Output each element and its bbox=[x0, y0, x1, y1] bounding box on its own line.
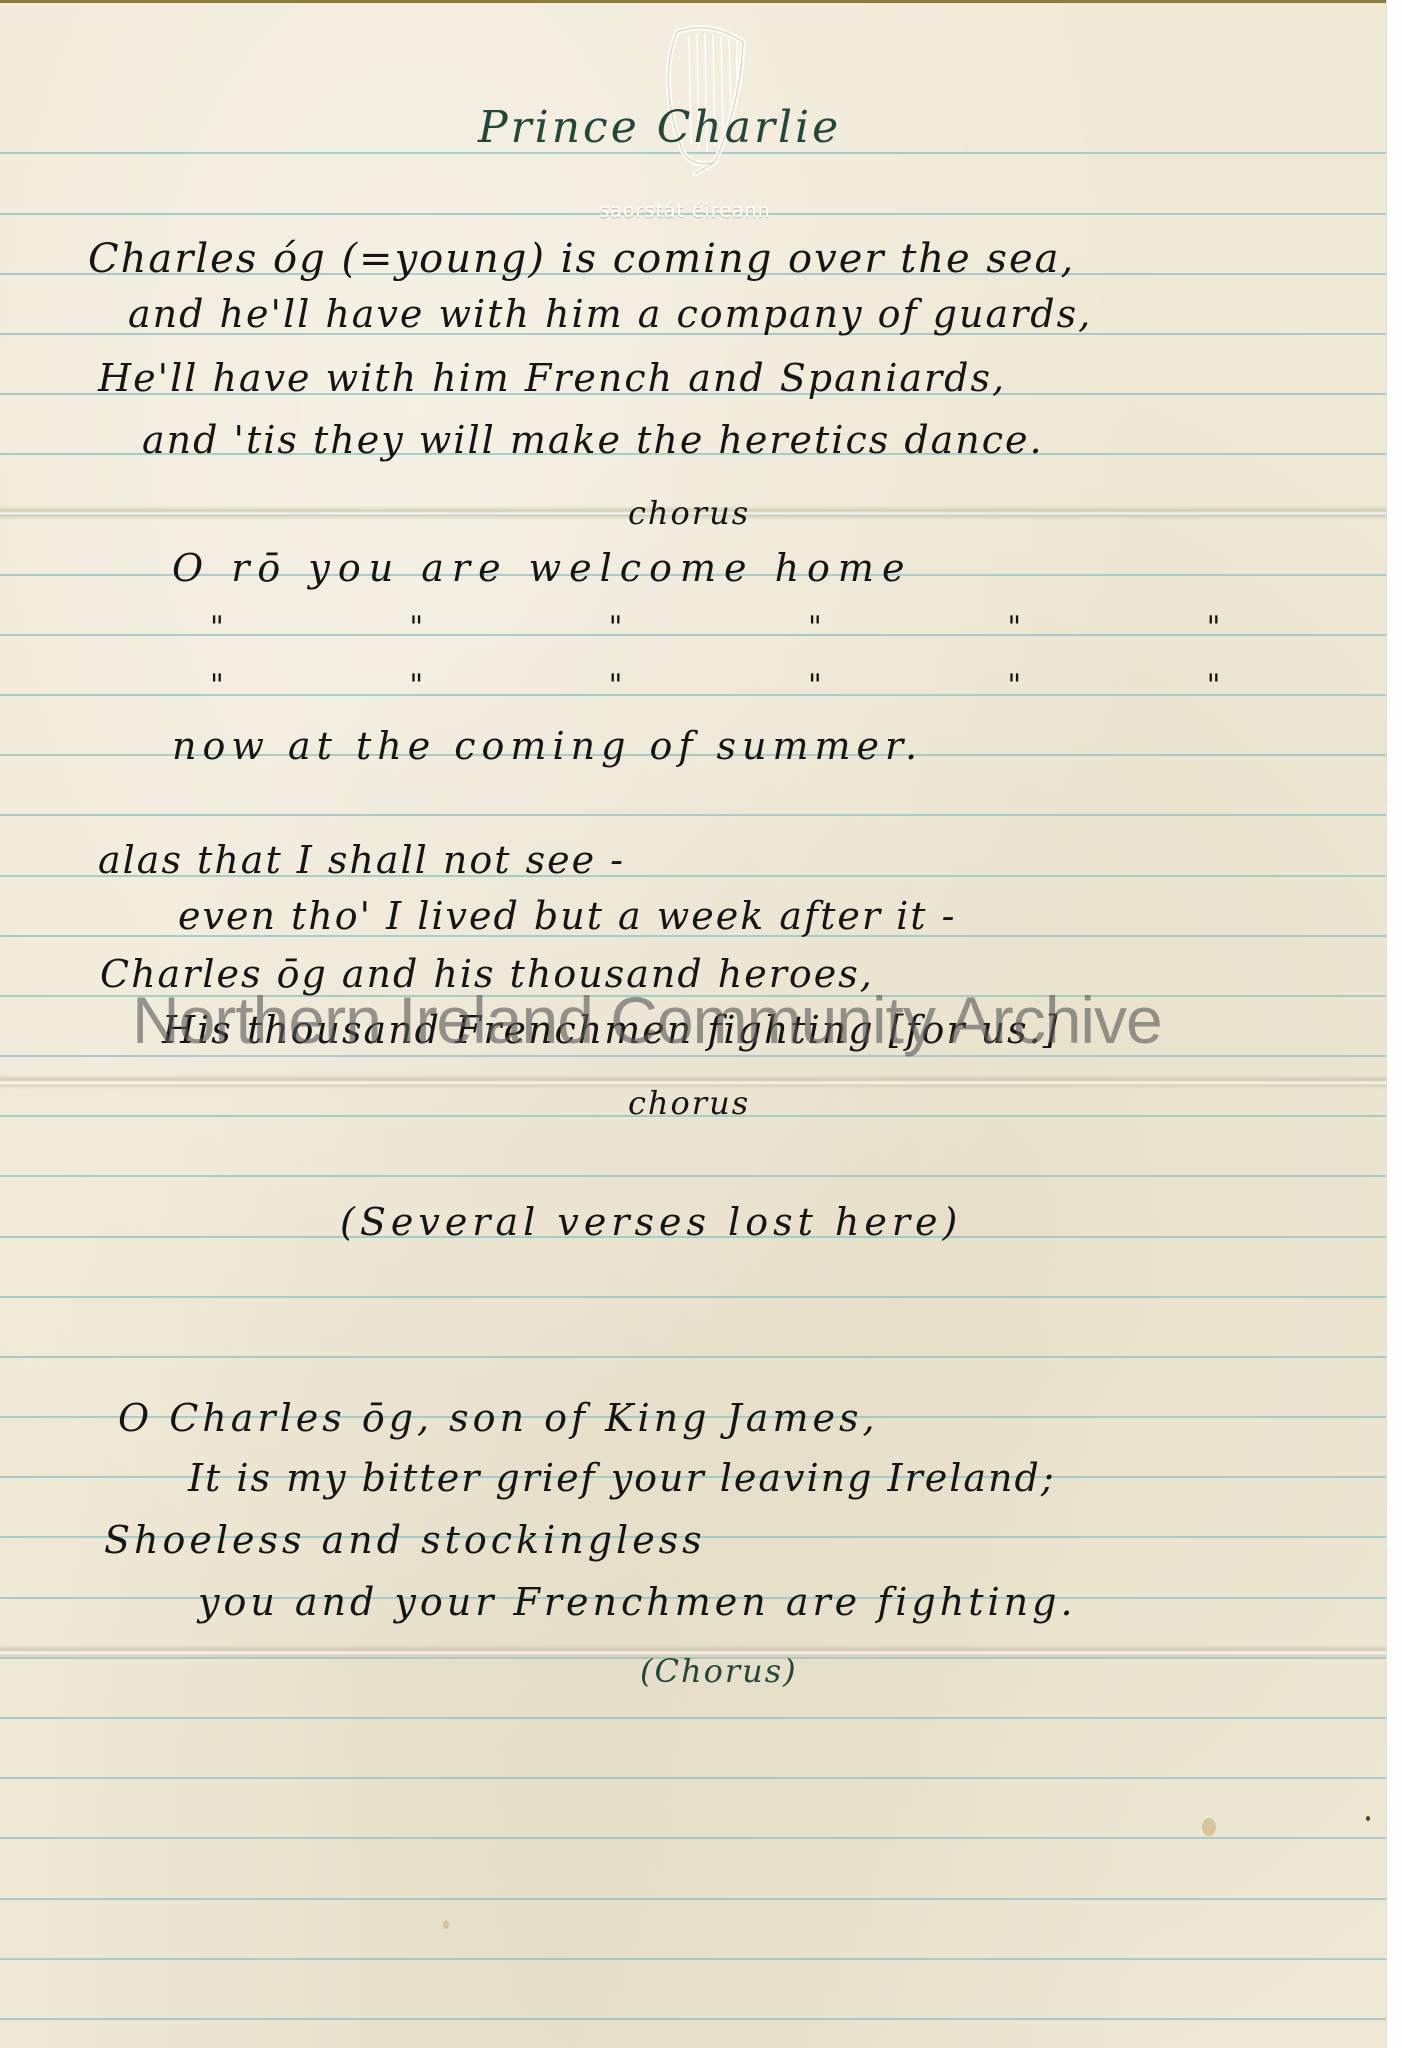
stanza3-line4: you and your Frenchmen are fighting. bbox=[198, 1580, 1077, 1624]
stanza3-line1: O Charles ōg, son of King James, bbox=[118, 1396, 879, 1440]
chorus-line4: now at the coming of summer. bbox=[172, 724, 923, 768]
stanza3-chorus-label: (Chorus) bbox=[640, 1652, 798, 1690]
archive-watermark: Northern Ireland Community Archive bbox=[132, 982, 1162, 1058]
chorus-ditto-line2: " " " " " " bbox=[210, 668, 1308, 703]
stanza1-line4: and 'tis they will make the heretics dan… bbox=[142, 418, 1044, 462]
stanza1-line3: He'll have with him French and Spaniards… bbox=[98, 356, 1006, 400]
stanza2-line1: alas that I shall not see - bbox=[98, 838, 625, 882]
letterhead-text: saorstát éireann bbox=[540, 200, 830, 222]
lost-verses-note: (Several verses lost here) bbox=[340, 1200, 962, 1244]
stanza1-line2: and he'll have with him a company of gua… bbox=[128, 292, 1092, 336]
stanza2-chorus-label: chorus bbox=[628, 1084, 750, 1122]
paper-top-edge bbox=[0, 0, 1386, 3]
chorus-ditto-line1: " " " " " " bbox=[210, 610, 1308, 645]
ruled-line bbox=[0, 1837, 1386, 1839]
letter-paper: saorstát éireann Prince Charlie Charles … bbox=[0, 0, 1386, 2048]
stanza1-line1: Charles óg (=young) is coming over the s… bbox=[88, 236, 1075, 282]
ruled-line bbox=[0, 1296, 1386, 1298]
paper-stain bbox=[1202, 1818, 1216, 1836]
ruled-line bbox=[0, 814, 1386, 816]
paper-stain bbox=[1366, 1816, 1370, 1821]
chorus-label: chorus bbox=[628, 494, 750, 532]
ruled-line bbox=[0, 1777, 1386, 1779]
stanza3-line3: Shoeless and stockingless bbox=[104, 1518, 706, 1562]
ruled-line bbox=[0, 1717, 1386, 1719]
ruled-line bbox=[0, 2018, 1386, 2020]
stanza3-line2: It is my bitter grief your leaving Irela… bbox=[188, 1456, 1056, 1500]
page-title: Prince Charlie bbox=[478, 102, 841, 153]
stanza2-line2: even tho' I lived but a week after it - bbox=[178, 894, 956, 938]
harp-emblem-icon bbox=[655, 12, 755, 180]
paper-stain bbox=[443, 1920, 449, 1929]
ruled-line bbox=[0, 1898, 1386, 1900]
ruled-line bbox=[0, 1175, 1386, 1177]
ruled-line bbox=[0, 1356, 1386, 1358]
chorus-line1: O rō you are welcome home bbox=[172, 546, 912, 590]
ruled-line bbox=[0, 1958, 1386, 1960]
